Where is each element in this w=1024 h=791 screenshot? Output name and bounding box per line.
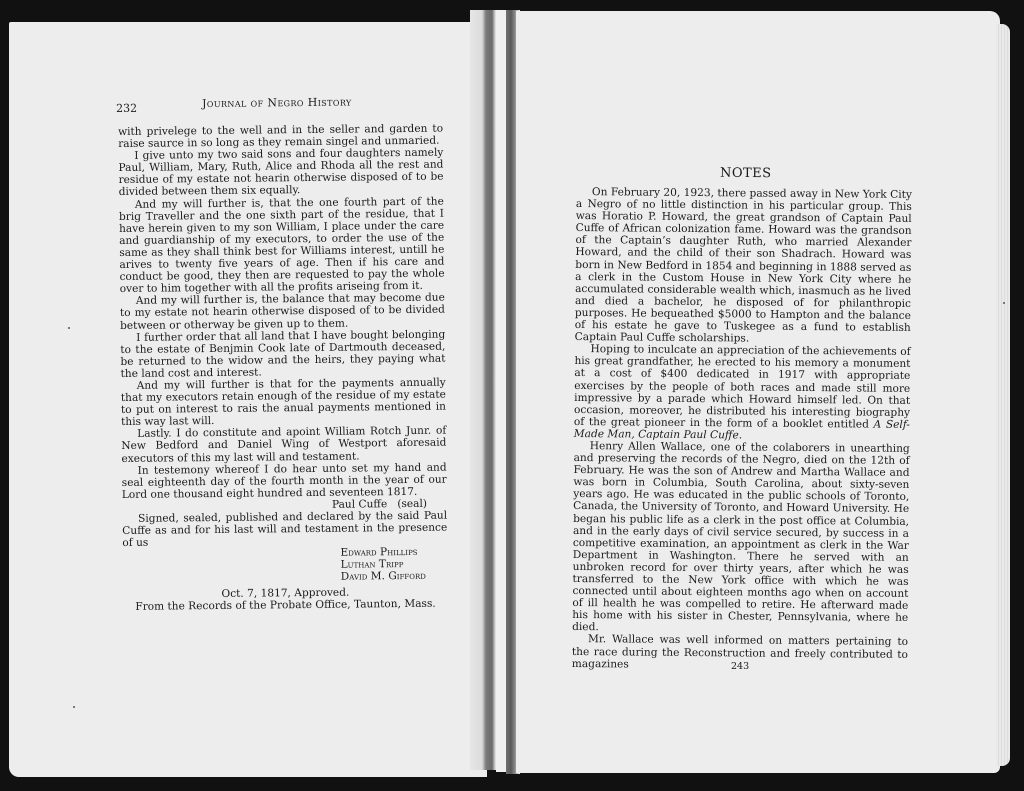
scan-speck (1003, 302, 1005, 304)
witness-name: David M. Gifford (123, 570, 448, 585)
section-title: NOTES (720, 166, 772, 181)
page-edges (996, 24, 1010, 766)
paragraph: I give unto my two said sons and four da… (118, 147, 443, 199)
notes-text: On February 20, 1923, there passed away … (572, 186, 912, 673)
paragraph-text: Hoping to inculcate an appreciation of t… (574, 343, 911, 430)
paragraph: And my will further is, that the one fou… (119, 195, 445, 295)
paragraph: Lastly. I do constitute and apoint Willi… (121, 425, 446, 465)
paragraph: I further order that all land that I hav… (120, 328, 445, 380)
paragraph: Hoping to inculcate an appreciation of t… (574, 343, 911, 443)
paragraph: On February 20, 1923, there passed away … (575, 186, 912, 346)
paragraph-text: . (739, 429, 742, 441)
paragraph: In testemony whereof I do hear unto set … (122, 461, 447, 501)
attestation-clause: Signed, sealed, published and declared b… (122, 510, 447, 550)
journal-title: Journal of Negro History (202, 96, 352, 111)
scan-speck (73, 706, 75, 708)
paragraph: with privelege to the well and in the se… (118, 123, 443, 151)
left-page-number: 232 (116, 102, 137, 115)
paragraph: Henry Allen Wallace, one of the colabore… (572, 440, 910, 636)
paragraph: And my will further is, the balance that… (120, 292, 445, 332)
paragraph: And my will further is that for the paym… (121, 377, 446, 429)
right-page-number: 243 (731, 661, 749, 672)
will-text: with privelege to the well and in the se… (118, 123, 448, 613)
scan-speck (68, 327, 70, 329)
